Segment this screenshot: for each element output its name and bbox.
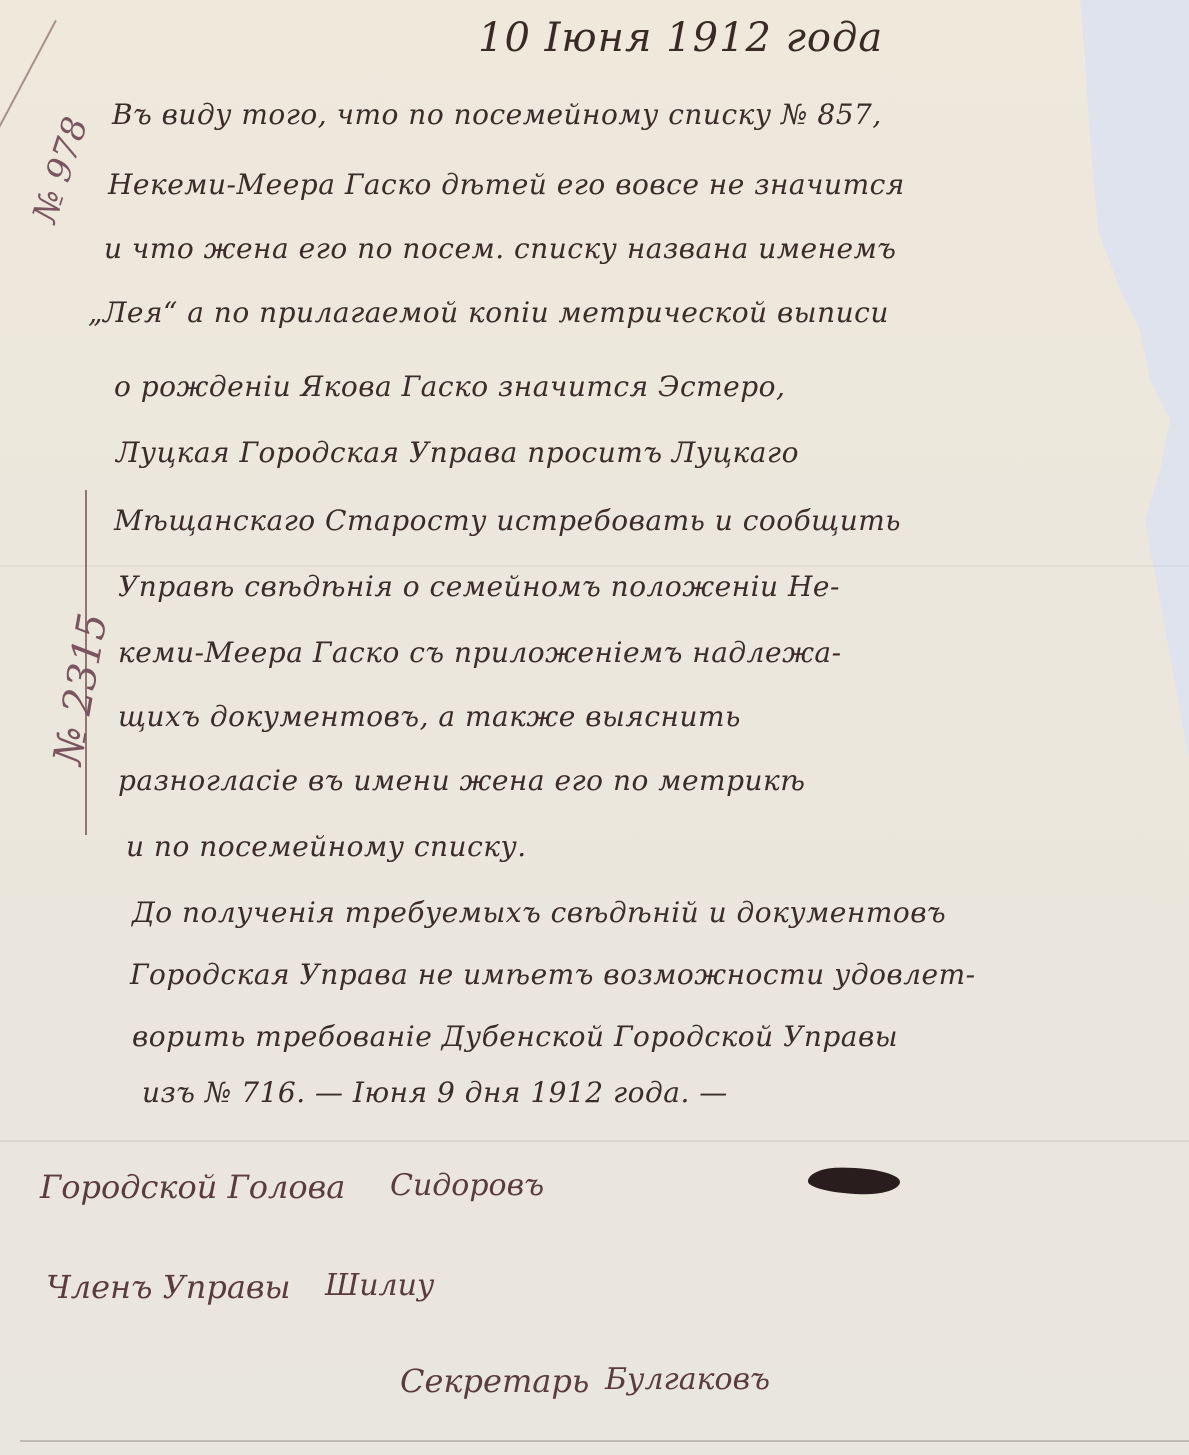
body-line: разногласіе въ имени жена его по метрикѣ [118,764,805,797]
body-line: „Лея“ а по прилагаемой копіи метрической… [88,296,889,329]
body-line: щихъ документовъ, а также выяснить [118,700,741,733]
body-line: Управѣ свѣдѣнія о семейномъ положеніи Не… [118,570,840,603]
body-line: Въ виду того, что по посемейному списку … [112,98,882,131]
signature-board-member: Шилиу [325,1268,434,1303]
body-line: Луцкая Городская Управа проситъ Луцкаго [116,436,799,469]
signature-role-board-member: Членъ Управы [46,1268,291,1306]
signature-secretary: Булгаковъ [605,1362,770,1397]
signature-mayor: Сидоровъ [390,1168,544,1203]
body-line: о рожденіи Якова Гаско значится Эстеро, [114,370,785,403]
body-line: До полученія требуемыхъ свѣдѣній и докум… [132,896,946,929]
body-line: изъ № 716. — Іюня 9 дня 1912 года. — [142,1076,728,1109]
body-line: кеми-Меера Гаско съ приложеніемъ надлежа… [118,636,842,669]
body-line: Некеми-Меера Гаско дѣтей его вовсе не зн… [108,168,905,201]
body-line: Мѣщанскаго Старосту истребовать и сообщи… [114,504,901,537]
signature-role-secretary: Секретарь [400,1362,589,1400]
body-line: и по посемейному списку. [126,830,527,863]
body-line: ворить требованіе Дубенской Городской Уп… [132,1020,898,1053]
body-line: Городская Управа не имѣетъ возможности у… [130,958,976,991]
signature-role-mayor: Городской Голова [40,1168,345,1206]
body-line: и что жена его по посем. списку названа … [104,232,896,265]
letter-body: Въ виду того, что по посемейному списку … [0,0,1189,1455]
